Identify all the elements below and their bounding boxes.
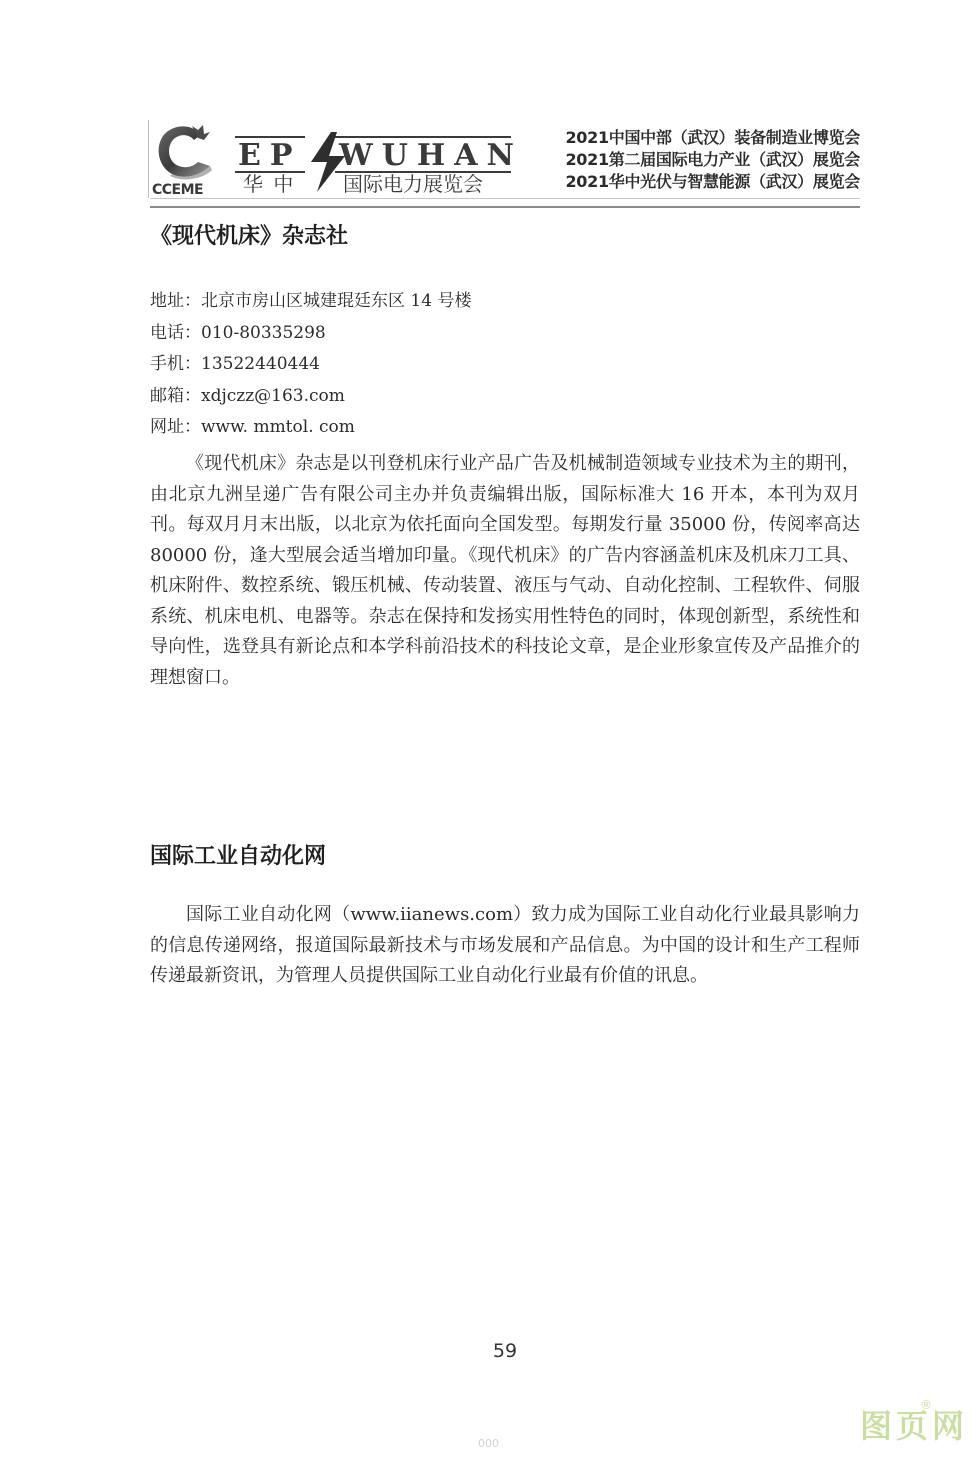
section-paragraph-iianews: 国际工业自动化网（www.iianews.com）致力成为国际工业自动化行业最具… [150, 900, 860, 992]
contact-label: 网址： [150, 417, 201, 437]
page-number: 59 [0, 1340, 980, 1362]
contact-row-website: 网址：www. mmtol. com [150, 412, 471, 444]
ep-logo-left-cn: 华 中 [243, 174, 295, 194]
contact-value: xdjczz@163.com [201, 386, 345, 406]
ep-wuhan-logo: EP WUHAN 华 中 国际电力展览会 [235, 128, 515, 198]
contact-value: 010-80335298 [201, 323, 326, 343]
expo-line: 2021中国中部（武汉）装备制造业博览会 [565, 127, 860, 149]
ccme-c-emblem-icon [154, 122, 214, 180]
contact-label: 手机： [150, 354, 201, 374]
contact-value: 北京市房山区城建琨廷东区 14 号楼 [201, 291, 471, 311]
contact-info: 地址：北京市房山区城建琨廷东区 14 号楼 电话：010-80335298 手机… [150, 286, 471, 444]
contact-row-address: 地址：北京市房山区城建琨廷东区 14 号楼 [150, 286, 471, 318]
contact-label: 邮箱： [150, 386, 201, 406]
section-paragraph-modern-machine-tool: 《现代机床》杂志是以刊登机床行业产品广告及机械制造领域专业技术为主的期刊，由北京… [150, 449, 860, 693]
contact-row-email: 邮箱：xdjczz@163.com [150, 381, 471, 413]
page-header: CCEME EP WUHAN 华 中 国际电力展览会 2021中国中部（武汉）装… [150, 120, 860, 210]
header-rule [150, 206, 860, 208]
contact-row-mobile: 手机：13522440444 [150, 349, 471, 381]
contact-value: 13522440444 [201, 354, 320, 374]
ep-logo-right-text: WUHAN [339, 141, 523, 171]
section-title-modern-machine-tool: 《现代机床》杂志社 [150, 226, 348, 248]
expo-line: 2021华中光伏与智慧能源（武汉）展览会 [565, 171, 860, 193]
ccme-logo: CCEME [150, 120, 220, 200]
expo-line: 2021第二届国际电力产业（武汉）展览会 [565, 149, 860, 171]
ep-logo-right-cn: 国际电力展览会 [343, 174, 483, 194]
section-title-iianews: 国际工业自动化网 [150, 846, 326, 868]
header-baseline-divider [150, 198, 860, 199]
contact-label: 电话： [150, 323, 201, 343]
contact-label: 地址： [150, 291, 201, 311]
watermark-logo: 图页网 [860, 1410, 968, 1442]
ccme-logo-text: CCEME [152, 182, 203, 198]
expo-list: 2021中国中部（武汉）装备制造业博览会 2021第二届国际电力产业（武汉）展览… [565, 127, 860, 193]
ep-logo-left-text: EP [238, 141, 301, 171]
contact-row-phone: 电话：010-80335298 [150, 318, 471, 350]
lightning-bolt-icon [307, 132, 347, 192]
header-vertical-divider [148, 120, 149, 198]
contact-value: www. mmtol. com [201, 417, 355, 437]
footer-mark: 000 [478, 1437, 499, 1450]
